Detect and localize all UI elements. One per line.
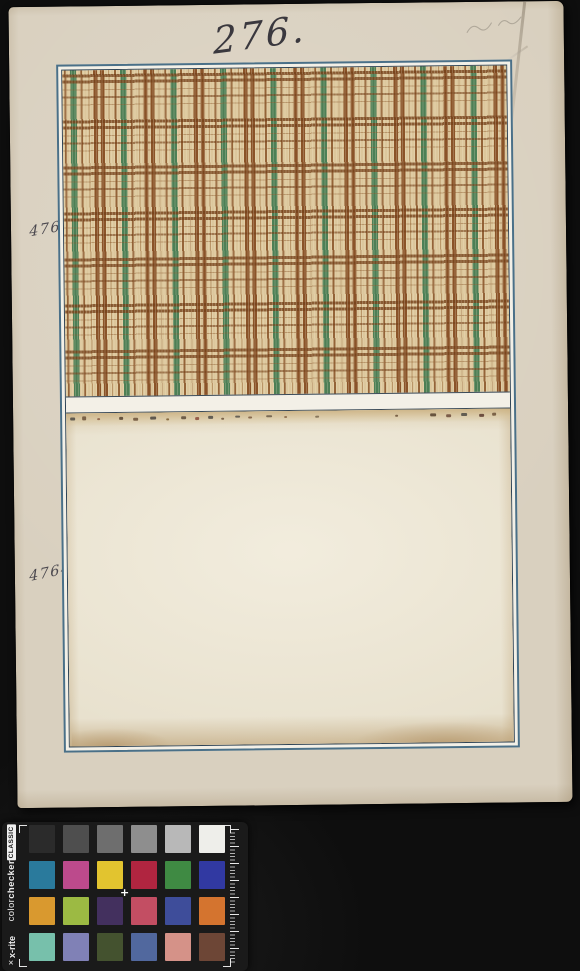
- glue-remnant: [235, 416, 240, 418]
- glue-remnant: [479, 414, 484, 417]
- glue-remnant: [492, 413, 496, 416]
- color-patch-foliage: [97, 933, 123, 961]
- ruled-frame-inner-line: [61, 65, 515, 748]
- color-patch-purplish-blue: [165, 897, 191, 925]
- color-patch-blue-sky: [131, 933, 157, 961]
- scan-background: 276. 4763 4764 colorcheckerCLASSIC: [0, 0, 580, 971]
- color-patch-cyan: [29, 861, 55, 889]
- glue-remnant: [97, 418, 100, 420]
- color-patch-green: [165, 861, 191, 889]
- xrite-logo: ✕x-rite: [5, 936, 19, 966]
- color-patch-neutral-6-5: [131, 825, 157, 853]
- glue-remnant: [395, 415, 398, 417]
- color-patch-bluish-green: [29, 933, 55, 961]
- color-patch-white: [199, 825, 225, 853]
- xrite-logo-icon: ✕: [8, 958, 15, 966]
- glue-remnant: [461, 413, 467, 416]
- stain-bottom-right: [342, 714, 512, 744]
- color-patch-neutral-8: [165, 825, 191, 853]
- ruled-frame: [56, 59, 520, 752]
- glue-remnant: [222, 418, 225, 420]
- glue-remnant: [430, 413, 436, 416]
- color-patch-yellow: [97, 861, 123, 889]
- color-patch-purple: [97, 897, 123, 925]
- empty-swatch-area: [66, 409, 514, 747]
- glue-remnant: [133, 418, 138, 421]
- corner-bracket-bottom-left: [19, 959, 27, 967]
- color-patch-moderate-red: [131, 897, 157, 925]
- color-patch-orange-yellow: [29, 897, 55, 925]
- color-patch-dark-skin: [199, 933, 225, 961]
- color-patch-yellow-green: [63, 897, 89, 925]
- registration-cross: +: [120, 886, 129, 899]
- glue-remnant: [208, 416, 213, 419]
- colorchecker-classic-badge: CLASSIC: [7, 824, 16, 860]
- glue-remnant: [150, 417, 156, 420]
- color-patch-orange: [199, 897, 225, 925]
- color-patch-blue: [199, 861, 225, 889]
- page-number-handwritten: 276.: [213, 7, 307, 63]
- fabric-swatch-plaid: [62, 66, 510, 397]
- colorchecker-ruler: [230, 829, 242, 964]
- colorchecker-brand-text: colorcheckerCLASSIC: [5, 824, 19, 921]
- glue-remnant: [119, 417, 123, 420]
- color-patch-neutral-3-5: [63, 825, 89, 853]
- sample-book-page: 276. 4763 4764: [8, 1, 572, 808]
- pencil-scribble: [463, 13, 527, 41]
- glue-remnant: [248, 416, 252, 418]
- color-patch-light-skin: [165, 933, 191, 961]
- colorchecker-card: colorcheckerCLASSIC ✕x-rite +: [2, 822, 248, 971]
- glue-remnant: [284, 416, 287, 418]
- colorchecker-text-checker: checker: [6, 860, 17, 899]
- glue-remnant: [266, 415, 272, 417]
- stain-bottom-left: [72, 721, 192, 746]
- xrite-logo-text: x-rite: [7, 936, 17, 958]
- color-patch-blue-flower: [63, 933, 89, 961]
- color-patch-magenta: [63, 861, 89, 889]
- glue-remnant: [166, 418, 169, 420]
- glue-remnant: [82, 416, 86, 420]
- color-patch-neutral-5: [97, 825, 123, 853]
- color-patch-red: [131, 861, 157, 889]
- glue-remnant: [71, 417, 76, 420]
- glue-remnant: [446, 414, 451, 417]
- corner-bracket-top-left: [19, 825, 27, 833]
- color-patch-black: [29, 825, 55, 853]
- glue-remnant: [315, 416, 319, 418]
- colorchecker-text-color: color: [6, 899, 17, 922]
- glue-remnant: [182, 416, 187, 419]
- glue-remnant: [195, 417, 199, 420]
